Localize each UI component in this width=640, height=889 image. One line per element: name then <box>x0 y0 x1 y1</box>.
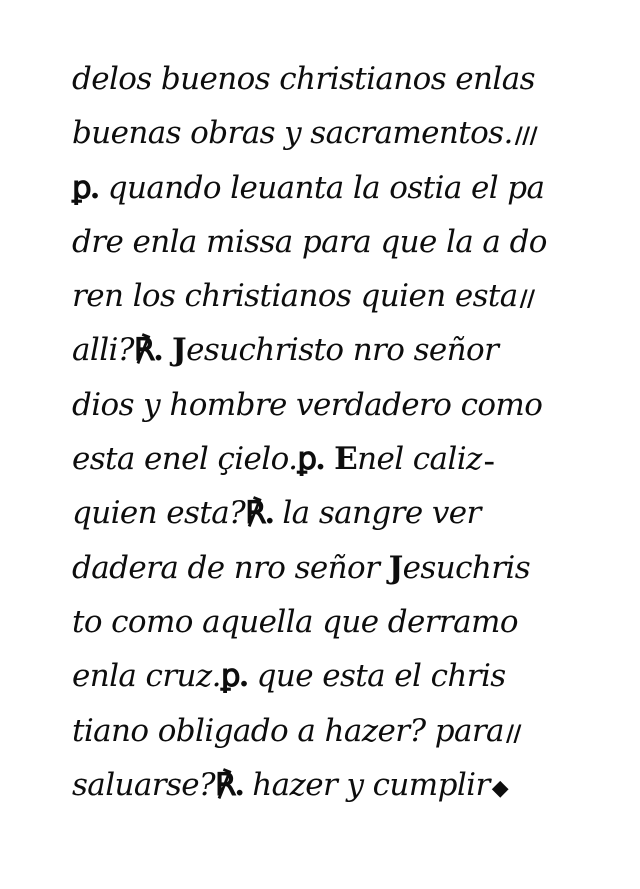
line-text: dios y hombre verdadero como <box>72 387 542 423</box>
line-text: enla cruz. <box>72 658 221 694</box>
manuscript-line: tiano obligado a hazer? para// <box>72 704 602 758</box>
manuscript-line: alli?℟. Jesuchristo nro señor <box>72 323 602 377</box>
line-text: tiano obligado a hazer? para <box>72 713 504 749</box>
line-text: buenas obras y sacramentos. <box>72 115 513 151</box>
manuscript-text-block: delos buenos christianos enlasbuenas obr… <box>72 52 602 812</box>
line-text: hazer y cumplir <box>243 767 490 803</box>
line-text: la sangre ver <box>273 495 481 531</box>
rubric-mark: ꝑ. <box>221 658 247 694</box>
rubric-mark: ℟. <box>134 332 162 368</box>
decorated-initial: J <box>389 550 403 586</box>
line-filler-mark: ◆ <box>492 775 508 801</box>
line-text: quien esta? <box>72 495 245 531</box>
line-text: nel caliz <box>357 441 482 477</box>
rubric-mark: ℟. <box>215 767 243 803</box>
rubric-mark: ℟. <box>245 495 273 531</box>
decorated-initial: J <box>162 332 186 368</box>
line-text: que esta el chris <box>247 658 505 694</box>
manuscript-line: ren los christianos quien esta// <box>72 269 602 323</box>
manuscript-line: buenas obras y sacramentos./// <box>72 106 602 160</box>
line-text: esuchris <box>403 550 530 586</box>
manuscript-line: dadera de nro señor Jesuchris <box>72 541 602 595</box>
line-text: dre enla missa para que la a do <box>72 224 547 260</box>
manuscript-line: quien esta?℟. la sangre ver <box>72 486 602 540</box>
line-text: dadera de nro señor <box>72 550 389 586</box>
rubric-mark: ꝑ. <box>72 170 98 206</box>
manuscript-line: delos buenos christianos enlas <box>72 52 602 106</box>
manuscript-line: ꝑ. quando leuanta la ostia el pa <box>72 161 602 215</box>
line-filler-mark: // <box>506 721 521 747</box>
manuscript-line: dios y hombre verdadero como <box>72 378 602 432</box>
manuscript-line: saluarse?℟. hazer y cumplir◆ <box>72 758 602 812</box>
manuscript-line: to como aquella que derramo <box>72 595 602 649</box>
manuscript-page: delos buenos christianos enlasbuenas obr… <box>0 0 640 889</box>
line-text: to como aquella que derramo <box>72 604 518 640</box>
manuscript-line: dre enla missa para que la a do <box>72 215 602 269</box>
rubric-mark: ꝑ. <box>297 441 323 477</box>
line-text: quando leuanta la ostia el pa <box>98 170 544 206</box>
line-filler-mark: // <box>520 286 535 312</box>
line-filler-mark: – <box>484 449 494 475</box>
line-text: esta enel çielo. <box>72 441 297 477</box>
manuscript-line: enla cruz.ꝑ. que esta el chris <box>72 649 602 703</box>
line-text: alli? <box>72 332 134 368</box>
manuscript-line: esta enel çielo.ꝑ. Enel caliz– <box>72 432 602 486</box>
line-text: saluarse? <box>72 767 215 803</box>
line-text: delos buenos christianos enlas <box>72 61 535 97</box>
line-text: ren los christianos quien esta <box>72 278 518 314</box>
line-filler-mark: /// <box>515 123 537 149</box>
line-text: esuchristo nro señor <box>186 332 498 368</box>
decorated-initial: E <box>324 441 357 477</box>
